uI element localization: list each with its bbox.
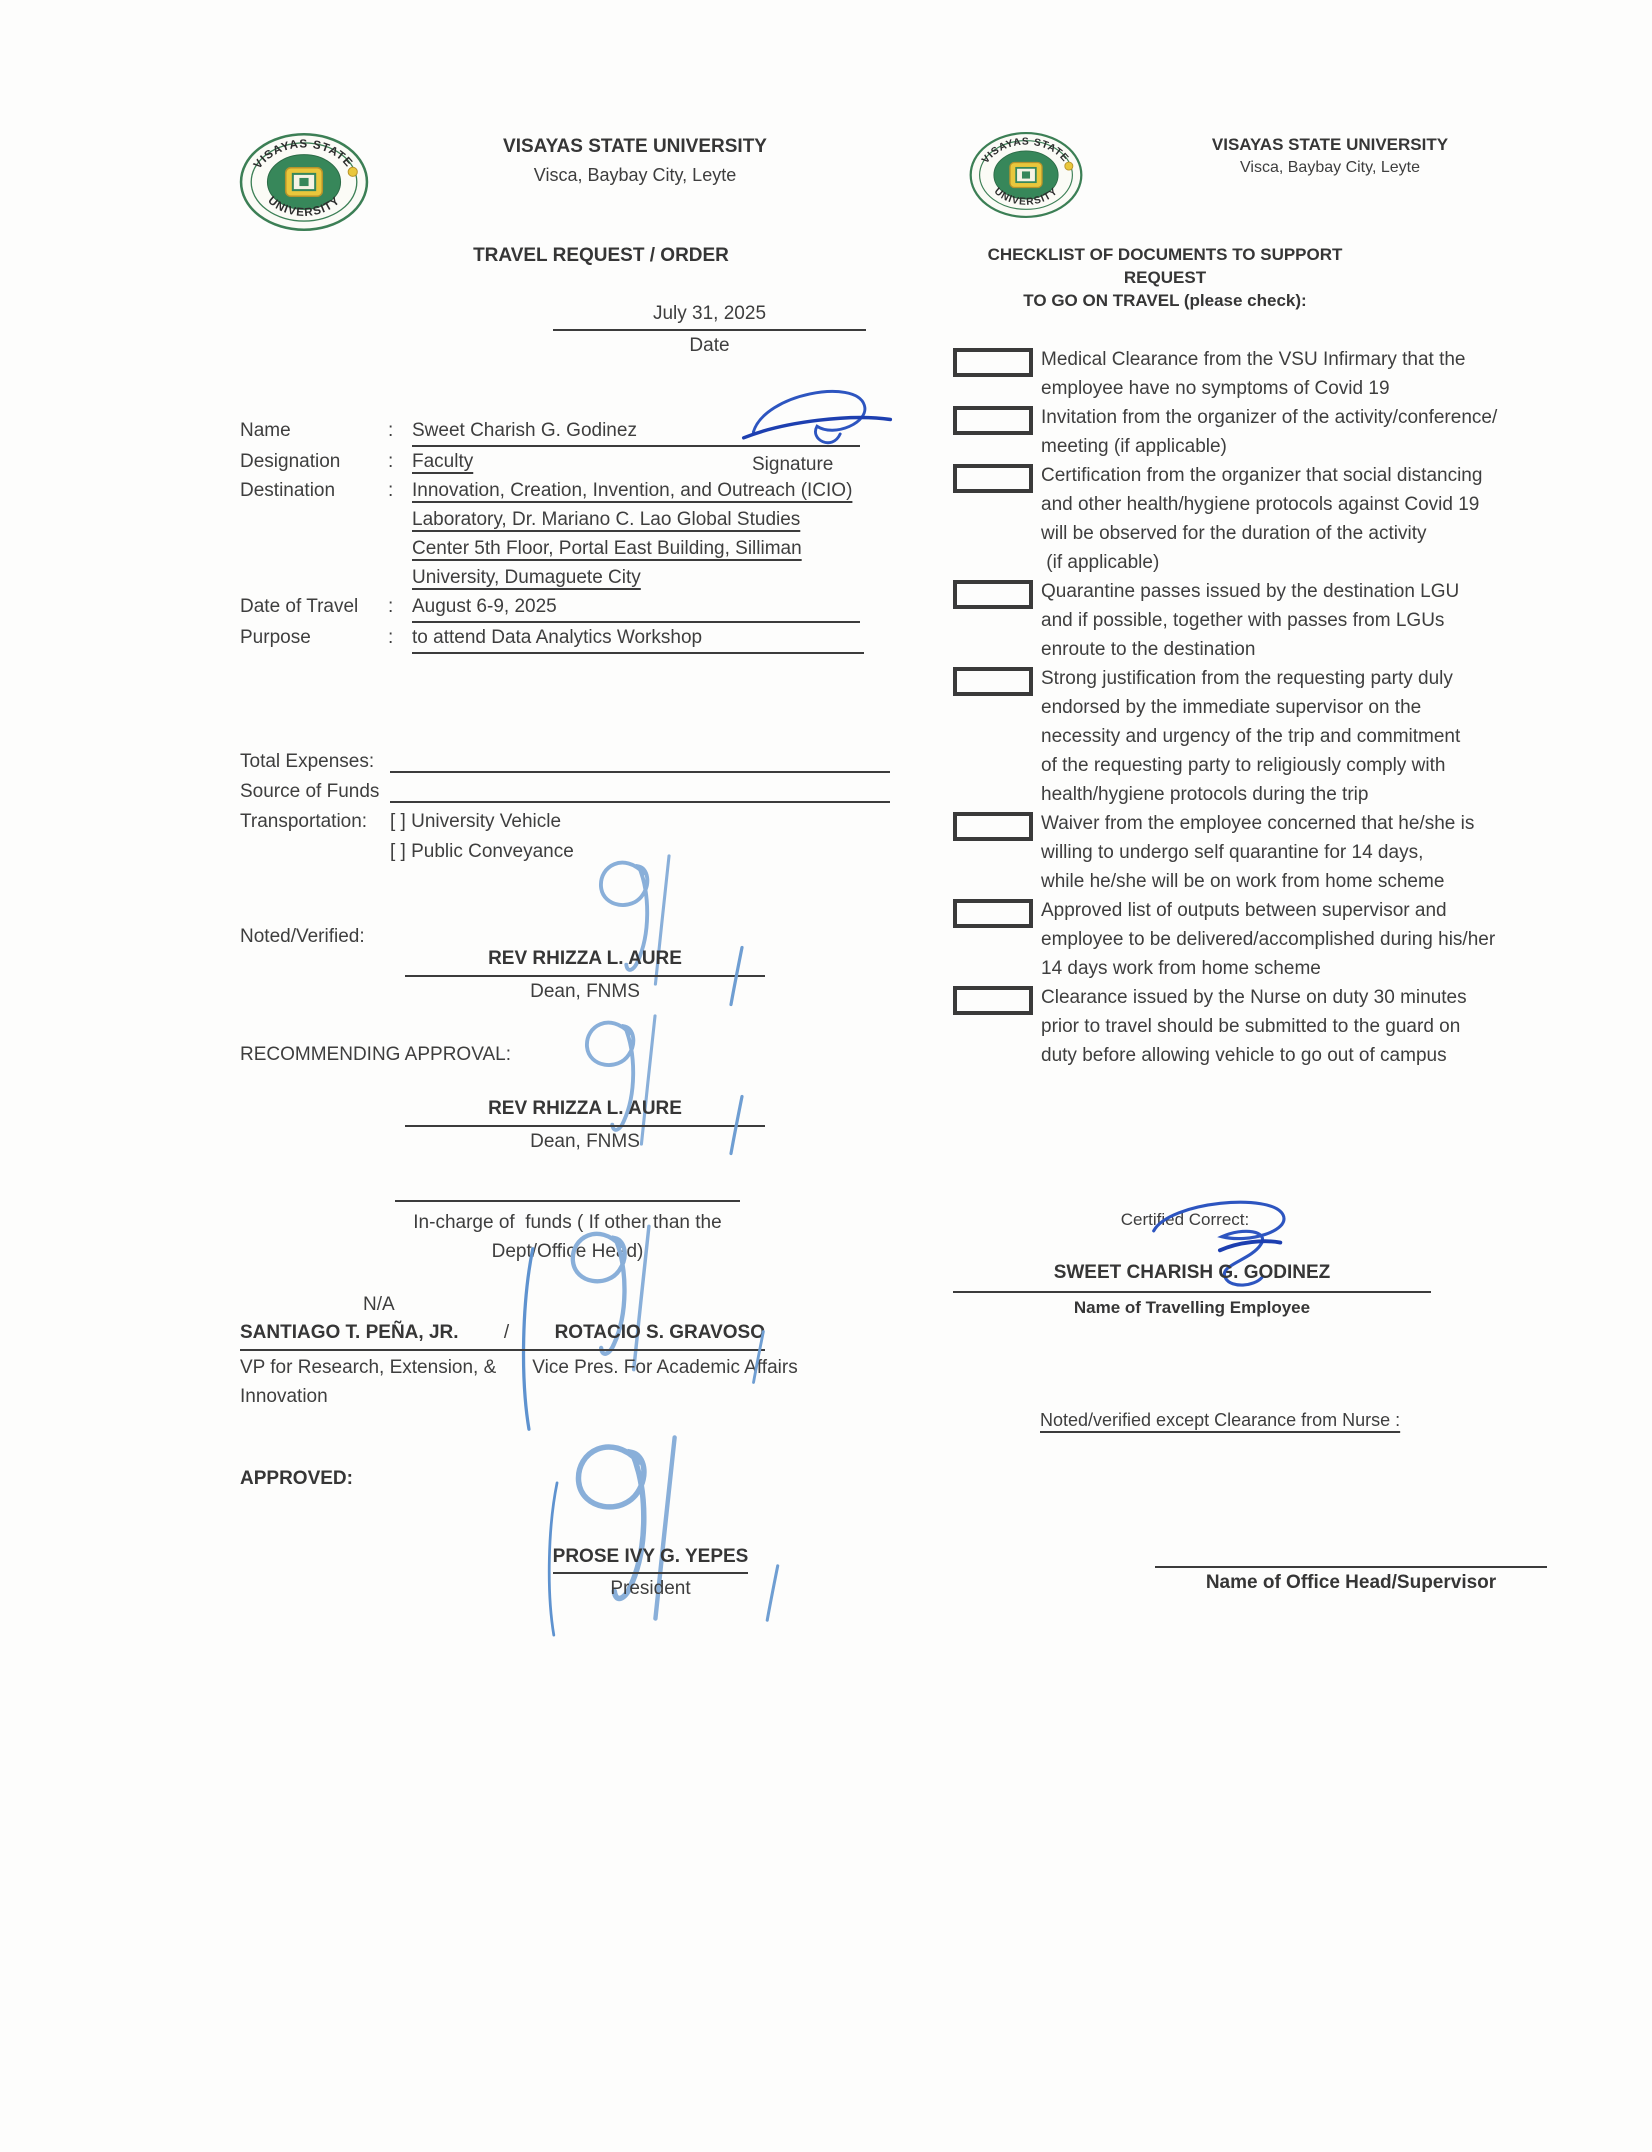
destination-label: Destination xyxy=(240,476,388,592)
incharge-name-left: SANTIAGO T. PEÑA, JR. xyxy=(240,1318,459,1347)
checklist-item: Waiver from the employee concerned that … xyxy=(953,809,1601,896)
form-fields: Name : Sweet Charish G. Godinez Designat… xyxy=(240,416,940,654)
field-row-name: Name : Sweet Charish G. Godinez xyxy=(240,416,940,447)
incharge-caption: In-charge of funds ( If other than the D… xyxy=(395,1208,740,1266)
incharge-name-right: ROTACIO S. GRAVOSO xyxy=(555,1318,765,1347)
checklist-item: Clearance issued by the Nurse on duty 30… xyxy=(953,983,1601,1070)
incharge-names-row: SANTIAGO T. PEÑA, JR. / ROTACIO S. GRAVO… xyxy=(240,1318,765,1351)
noted-verified-label: Noted/Verified: xyxy=(240,922,365,951)
date-block: July 31, 2025 Date xyxy=(553,299,866,360)
source-of-funds-blank-line xyxy=(390,777,890,803)
purpose-value: to attend Data Analytics Workshop xyxy=(412,623,864,654)
checklist-item-text: Strong justification from the requesting… xyxy=(1041,664,1460,809)
checklist-item: Certification from the organizer that so… xyxy=(953,461,1601,577)
total-expenses-label: Total Expenses: xyxy=(240,747,390,777)
checklist-item-text: Medical Clearance from the VSU Infirmary… xyxy=(1041,345,1466,403)
incharge-role-right: Vice Pres. For Academic Affairs xyxy=(532,1353,797,1382)
checklist-item: Strong justification from the requesting… xyxy=(953,664,1601,809)
colon: : xyxy=(388,416,412,447)
incharge-role-left2: Innovation xyxy=(240,1382,900,1411)
field-row-destination: Destination : Innovation, Creation, Inve… xyxy=(240,476,940,592)
office-head-blank-line xyxy=(1155,1540,1547,1568)
travelling-employee-name: SWEET CHARISH G. GODINEZ xyxy=(953,1258,1431,1293)
university-seal-logo xyxy=(968,126,1084,224)
checklist-item: Medical Clearance from the VSU Infirmary… xyxy=(953,345,1601,403)
checklist-item-text: Waiver from the employee concerned that … xyxy=(1041,809,1474,896)
designation-label: Designation xyxy=(240,447,388,476)
incharge-line xyxy=(395,1200,740,1202)
university-seal-logo xyxy=(238,131,370,233)
incharge-slash: / xyxy=(504,1318,509,1347)
checklist-item-text: Quarantine passes issued by the destinat… xyxy=(1041,577,1459,664)
checkbox-unchecked xyxy=(953,406,1033,435)
checkbox-unchecked xyxy=(953,812,1033,841)
university-name: VISAYAS STATE UNIVERSITY xyxy=(470,132,800,161)
scanned-travel-request-document: VISAYAS STATE UNIVERSITY VISAYAS STATE U… xyxy=(0,0,1652,2152)
field-row-travel-date: Date of Travel : August 6-9, 2025 xyxy=(240,592,940,623)
office-head-block: Name of Office Head/Supervisor xyxy=(1155,1540,1547,1597)
name-label: Name xyxy=(240,416,388,447)
approved-role: President xyxy=(538,1574,763,1603)
checkbox-unchecked xyxy=(953,986,1033,1015)
colon: : xyxy=(388,476,412,592)
noted-except-nurse-line: Noted/verified except Clearance from Nur… xyxy=(1040,1406,1400,1435)
noted-verified-role: Dean, FNMS xyxy=(405,977,765,1006)
recommending-role: Dean, FNMS xyxy=(405,1127,765,1156)
colon: : xyxy=(388,623,412,654)
office-head-caption: Name of Office Head/Supervisor xyxy=(1155,1568,1547,1597)
checklist: Medical Clearance from the VSU Infirmary… xyxy=(953,345,1601,1070)
date-label: Date xyxy=(553,331,866,360)
name-value: Sweet Charish G. Godinez xyxy=(412,416,860,447)
field-row-purpose: Purpose : to attend Data Analytics Works… xyxy=(240,623,940,654)
travel-date-label: Date of Travel xyxy=(240,592,388,623)
purpose-label: Purpose xyxy=(240,623,388,654)
checklist-item-text: Approved list of outputs between supervi… xyxy=(1041,896,1495,983)
transportation-label: Transportation: xyxy=(240,807,390,837)
transportation-row: Transportation: [ ] University Vehicle xyxy=(240,807,900,837)
travel-date-value: August 6-9, 2025 xyxy=(412,592,860,623)
colon: : xyxy=(388,447,412,476)
transport-option-public: [ ] Public Conveyance xyxy=(390,837,574,867)
total-expenses-row: Total Expenses: xyxy=(240,747,900,777)
field-row-designation: Designation : Faculty xyxy=(240,447,940,476)
recommending-block: REV RHIZZA L. AURE Dean, FNMS xyxy=(405,1094,765,1156)
approved-block: PROSE IVY G. YEPES President xyxy=(538,1542,763,1603)
incharge-roles: VP for Research, Extension, & Vice Pres.… xyxy=(240,1353,900,1411)
checkbox-unchecked xyxy=(953,580,1033,609)
checkbox-unchecked xyxy=(953,899,1033,928)
university-address: Visca, Baybay City, Leyte xyxy=(470,161,800,190)
total-expenses-blank-line xyxy=(390,747,890,773)
approved-name: PROSE IVY G. YEPES xyxy=(553,1542,749,1574)
checklist-title-line2: TO GO ON TRAVEL (please check): xyxy=(948,289,1382,312)
left-header: VISAYAS STATE UNIVERSITY Visca, Baybay C… xyxy=(470,132,800,190)
checkbox-unchecked xyxy=(953,667,1033,696)
incharge-na: N/A xyxy=(363,1290,395,1319)
noted-verified-block: REV RHIZZA L. AURE Dean, FNMS xyxy=(405,944,765,1006)
checklist-item: Approved list of outputs between supervi… xyxy=(953,896,1601,983)
signature-caption: Signature xyxy=(752,450,833,479)
approved-label: APPROVED: xyxy=(240,1464,353,1493)
form-title: TRAVEL REQUEST / ORDER xyxy=(470,241,732,270)
signature-tick xyxy=(762,1562,782,1624)
travelling-employee-caption: Name of Travelling Employee xyxy=(953,1293,1431,1322)
checklist-title: CHECKLIST OF DOCUMENTS TO SUPPORT REQUES… xyxy=(948,243,1382,312)
transport-option-university: [ ] University Vehicle xyxy=(390,807,561,837)
noted-verified-name: REV RHIZZA L. AURE xyxy=(405,944,765,977)
expenses-block: Total Expenses: Source of Funds Transpor… xyxy=(240,747,900,867)
right-header: VISAYAS STATE UNIVERSITY Visca, Baybay C… xyxy=(1180,133,1480,179)
incharge-role-left: VP for Research, Extension, & xyxy=(240,1353,496,1382)
travelling-employee-block: SWEET CHARISH G. GODINEZ Name of Travell… xyxy=(953,1258,1431,1322)
colon: : xyxy=(388,592,412,623)
recommending-approval-label: RECOMMENDING APPROVAL: xyxy=(240,1040,511,1069)
checkbox-unchecked xyxy=(953,464,1033,493)
source-of-funds-label: Source of Funds xyxy=(240,777,390,807)
checklist-item-text: Invitation from the organizer of the act… xyxy=(1041,403,1497,461)
certified-correct-label: Certified Correct: xyxy=(1035,1205,1335,1234)
transportation-row2: [ ] Public Conveyance xyxy=(240,837,900,867)
university-address: Visca, Baybay City, Leyte xyxy=(1180,156,1480,179)
recommending-name: REV RHIZZA L. AURE xyxy=(405,1094,765,1127)
checklist-item: Quarantine passes issued by the destinat… xyxy=(953,577,1601,664)
destination-value: Innovation, Creation, Invention, and Out… xyxy=(412,476,852,592)
date-value: July 31, 2025 xyxy=(553,299,866,331)
checklist-item-text: Certification from the organizer that so… xyxy=(1041,461,1482,577)
checklist-item-text: Clearance issued by the Nurse on duty 30… xyxy=(1041,983,1467,1070)
designation-value: Faculty xyxy=(412,447,473,476)
university-name: VISAYAS STATE UNIVERSITY xyxy=(1180,133,1480,156)
checklist-item: Invitation from the organizer of the act… xyxy=(953,403,1601,461)
incharge-block: In-charge of funds ( If other than the D… xyxy=(395,1200,740,1266)
checklist-title-line1: CHECKLIST OF DOCUMENTS TO SUPPORT REQUES… xyxy=(948,243,1382,289)
source-of-funds-row: Source of Funds xyxy=(240,777,900,807)
checkbox-unchecked xyxy=(953,348,1033,377)
